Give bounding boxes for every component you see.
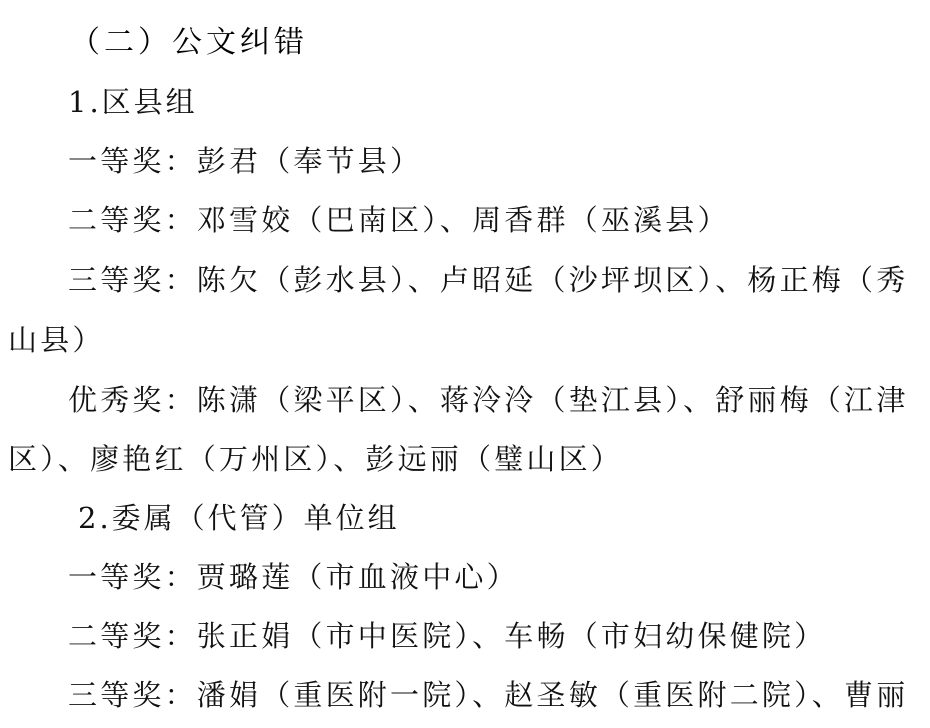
award-line-units-first-prize: 一等奖：贾璐莲（市血液中心） <box>68 559 519 595</box>
award-line-district-excellence-cont: 区）、廖艳红（万州区）、彭远丽（璧山区） <box>8 441 623 477</box>
group-title-district: 1.区县组 <box>68 84 198 120</box>
award-line-district-excellence: 优秀奖：陈潇（梁平区）、蒋泠泠（垫江县）、舒丽梅（江津 <box>68 382 908 418</box>
award-line-district-first-prize: 一等奖：彭君（奉节县） <box>68 143 422 179</box>
award-line-district-second-prize: 二等奖：邓雪姣（巴南区）、周香群（巫溪县） <box>68 202 730 238</box>
award-line-district-third-prize-cont: 山县） <box>8 322 105 358</box>
award-line-district-third-prize: 三等奖：陈欠（彭水县）、卢昭延（沙坪坝区）、杨正梅（秀 <box>68 262 908 298</box>
award-line-units-second-prize: 二等奖：张正娟（市中医院）、车畅（市妇幼保健院） <box>68 618 826 654</box>
section-heading: （二）公文纠错 <box>70 25 308 61</box>
group-title-affiliated-units: 2.委属（代管）单位组 <box>78 500 400 536</box>
award-line-units-third-prize: 三等奖：潘娟（重医附一院）、赵圣敏（重医附二院）、曹丽 <box>68 677 908 713</box>
